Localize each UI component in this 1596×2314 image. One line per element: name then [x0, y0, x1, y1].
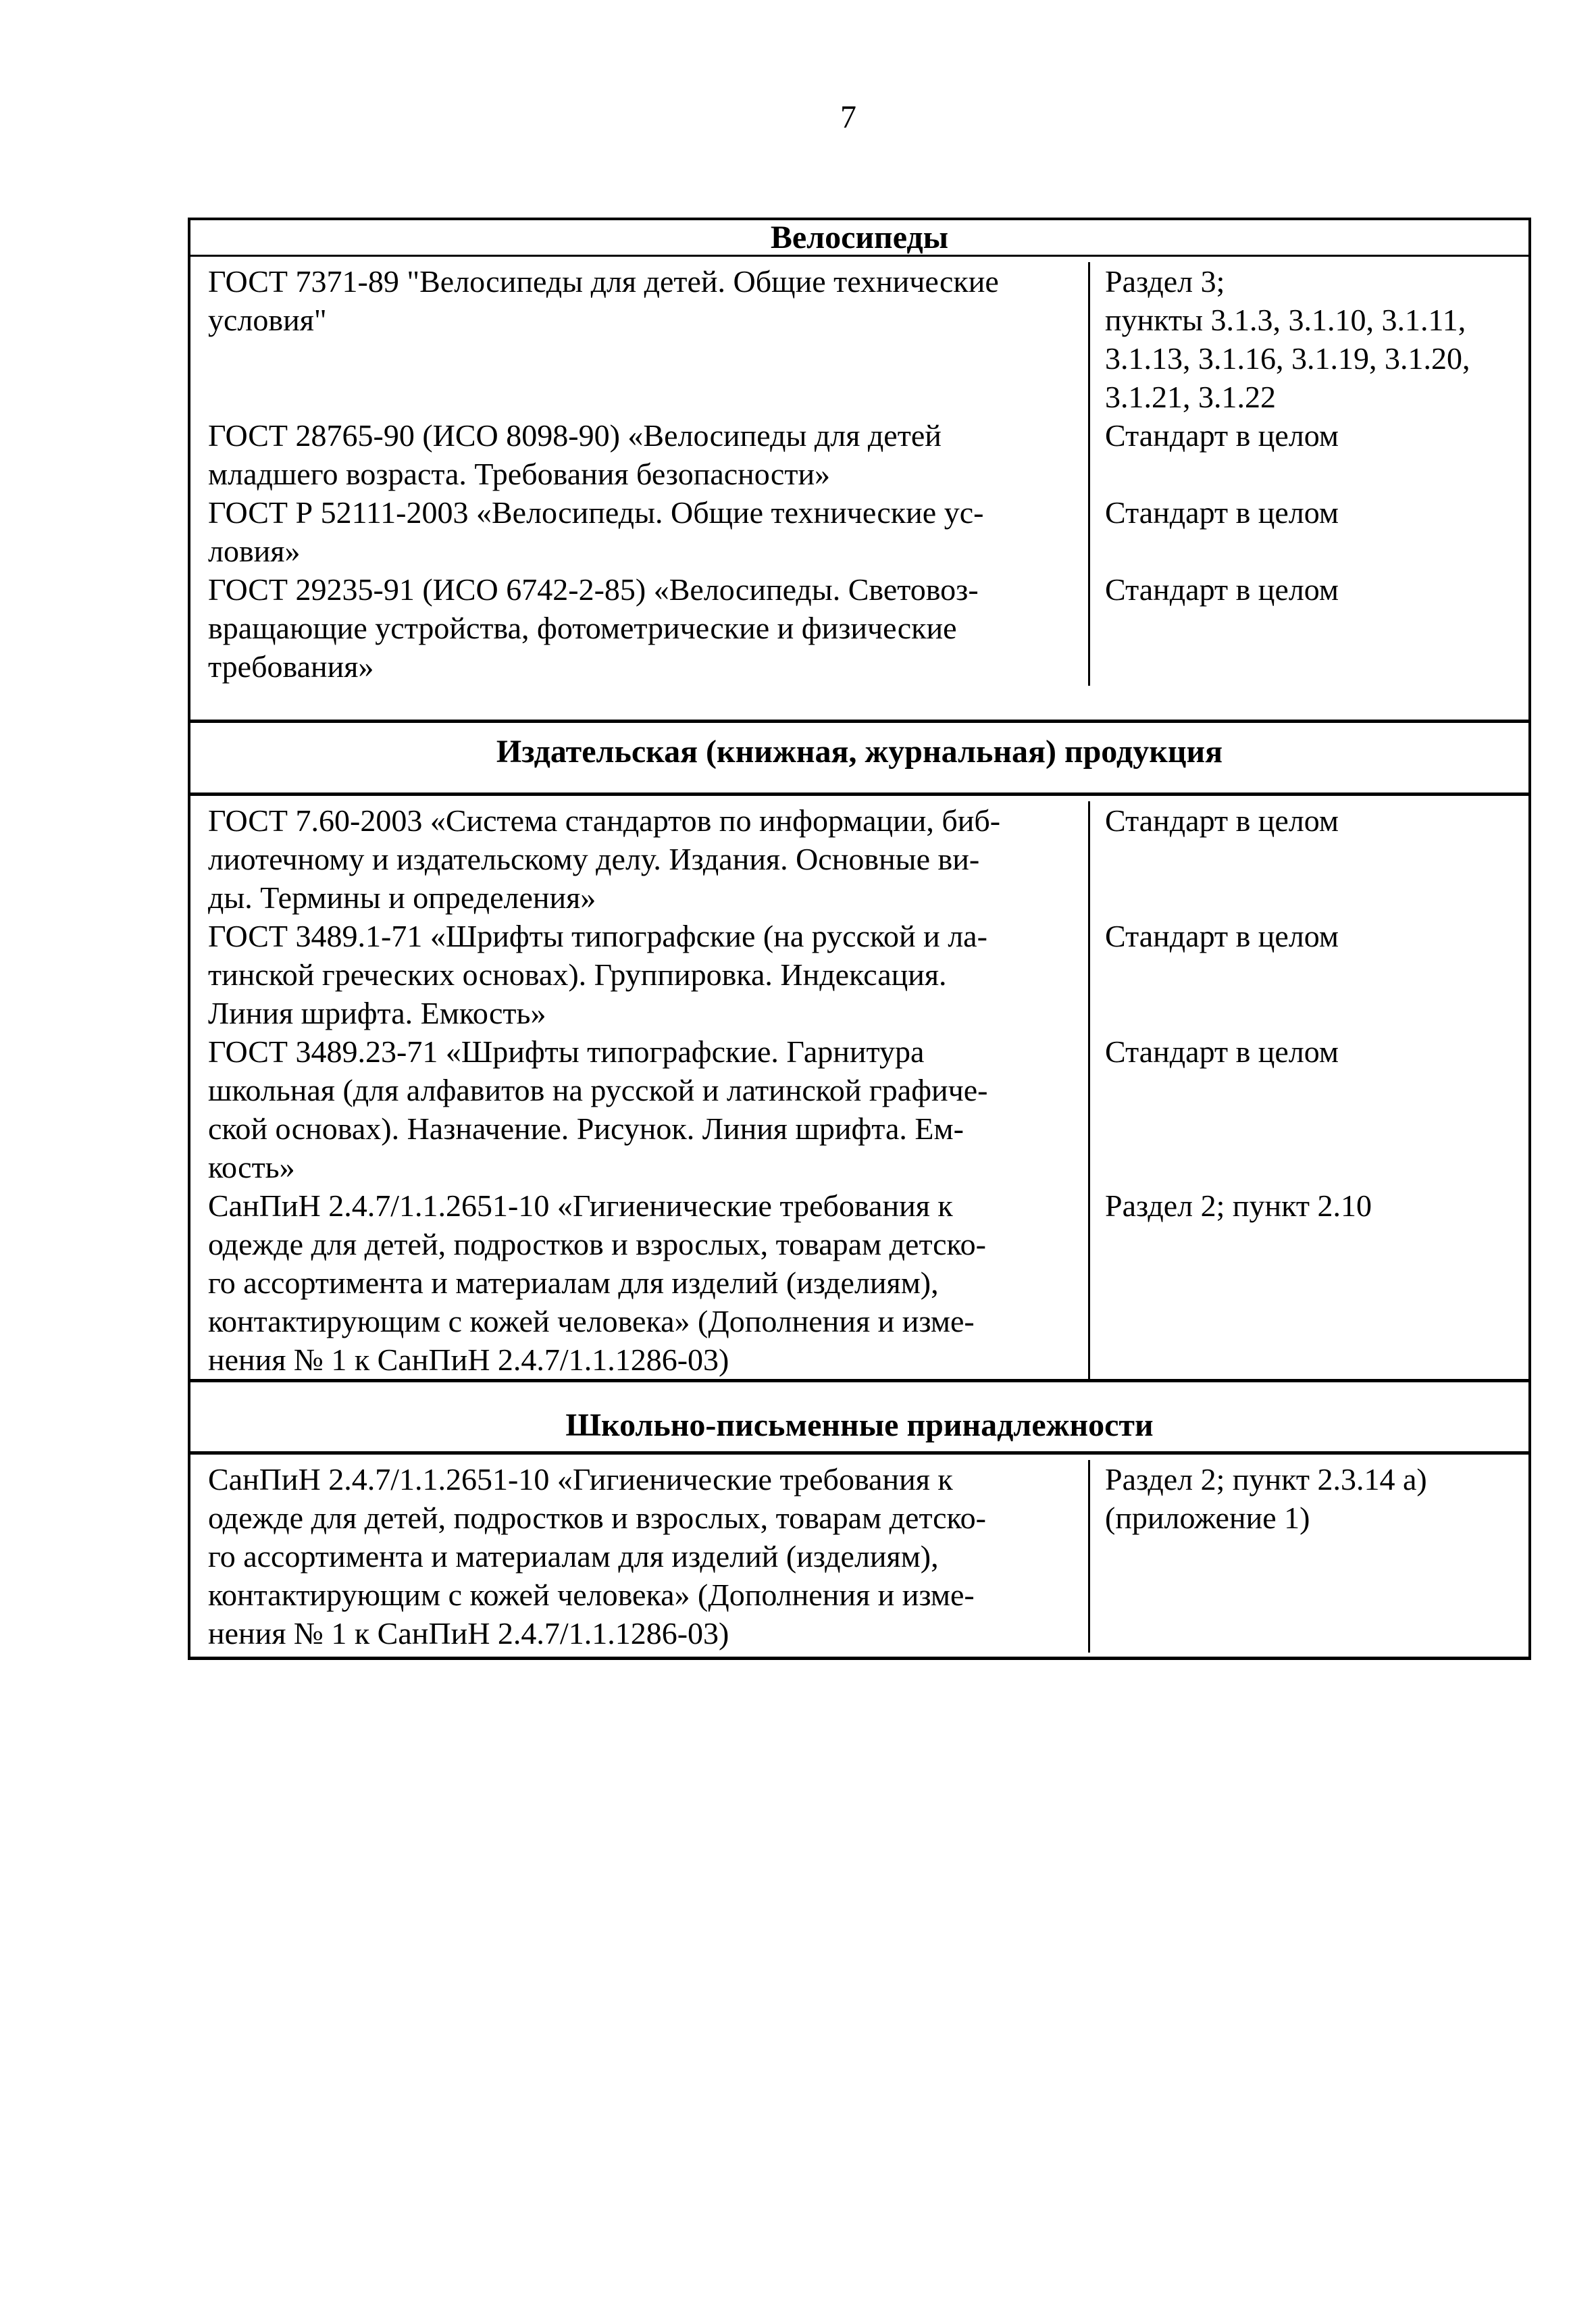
table-row: ГОСТ 3489.23-71 «Шрифты типографские. Га… — [190, 1032, 1528, 1186]
scope-cell: Стандарт в целом — [1088, 1032, 1528, 1186]
standard-cell: ГОСТ 3489.23-71 «Шрифты типографские. Га… — [190, 1032, 1088, 1186]
standard-cell: ГОСТ Р 52111-2003 «Велосипеды. Общие тех… — [190, 493, 1088, 570]
table-row: ГОСТ 7371-89 "Велосипеды для детей. Общи… — [190, 262, 1528, 416]
table-row: СанПиН 2.4.7/1.1.2651-10 «Гигиенические … — [190, 1460, 1528, 1653]
scope-cell: Раздел 2; пункт 2.3.14 а) (приложение 1) — [1088, 1460, 1528, 1653]
scope-cell: Стандарт в целом — [1088, 801, 1528, 917]
section-header-label: Школьно-письменные принадлежности — [565, 1406, 1153, 1444]
table-row: ГОСТ 3489.1-71 «Шрифты типографские (на … — [190, 917, 1528, 1032]
standard-cell: ГОСТ 7.60-2003 «Система стандартов по ин… — [190, 801, 1088, 917]
section-header-publishing: Издательская (книжная, журнальная) проду… — [190, 720, 1528, 796]
scope-cell: Стандарт в целом — [1088, 917, 1528, 1032]
section-header-school-supplies: Школьно-письменные принадлежности — [190, 1379, 1528, 1455]
section-body-school-supplies: СанПиН 2.4.7/1.1.2651-10 «Гигиенические … — [190, 1455, 1528, 1657]
table-row: ГОСТ 29235-91 (ИСО 6742-2-85) «Велосипед… — [190, 570, 1528, 686]
standard-cell: СанПиН 2.4.7/1.1.2651-10 «Гигиенические … — [190, 1186, 1088, 1379]
section-header-label: Издательская (книжная, журнальная) проду… — [496, 732, 1222, 771]
table-row: СанПиН 2.4.7/1.1.2651-10 «Гигиенические … — [190, 1186, 1528, 1379]
standard-cell: ГОСТ 28765-90 (ИСО 8098-90) «Велосипеды … — [190, 416, 1088, 493]
document-page: 7 Велосипеды ГОСТ 7371-89 "Велосипеды дл… — [0, 0, 1596, 2314]
scope-cell: Стандарт в целом — [1088, 493, 1528, 570]
page-number: 7 — [840, 100, 856, 135]
section-body-bicycles: ГОСТ 7371-89 "Велосипеды для детей. Общи… — [190, 257, 1528, 720]
standard-cell: ГОСТ 3489.1-71 «Шрифты типографские (на … — [190, 917, 1088, 1032]
table-row: ГОСТ 7.60-2003 «Система стандартов по ин… — [190, 801, 1528, 917]
scope-cell: Стандарт в целом — [1088, 570, 1528, 686]
scope-cell: Стандарт в целом — [1088, 416, 1528, 493]
scope-cell: Раздел 3; пункты 3.1.3, 3.1.10, 3.1.11, … — [1088, 262, 1528, 416]
table-row: ГОСТ 28765-90 (ИСО 8098-90) «Велосипеды … — [190, 416, 1528, 493]
standard-cell: ГОСТ 7371-89 "Велосипеды для детей. Общи… — [190, 262, 1088, 416]
standards-table: Велосипеды ГОСТ 7371-89 "Велосипеды для … — [188, 218, 1531, 1660]
standard-cell: СанПиН 2.4.7/1.1.2651-10 «Гигиенические … — [190, 1460, 1088, 1653]
scope-cell: Раздел 2; пункт 2.10 — [1088, 1186, 1528, 1379]
table-row: ГОСТ Р 52111-2003 «Велосипеды. Общие тех… — [190, 493, 1528, 570]
section-header-bicycles: Велосипеды — [190, 220, 1528, 257]
section-body-publishing: ГОСТ 7.60-2003 «Система стандартов по ин… — [190, 796, 1528, 1379]
standard-cell: ГОСТ 29235-91 (ИСО 6742-2-85) «Велосипед… — [190, 570, 1088, 686]
section-header-label: Велосипеды — [771, 218, 948, 257]
